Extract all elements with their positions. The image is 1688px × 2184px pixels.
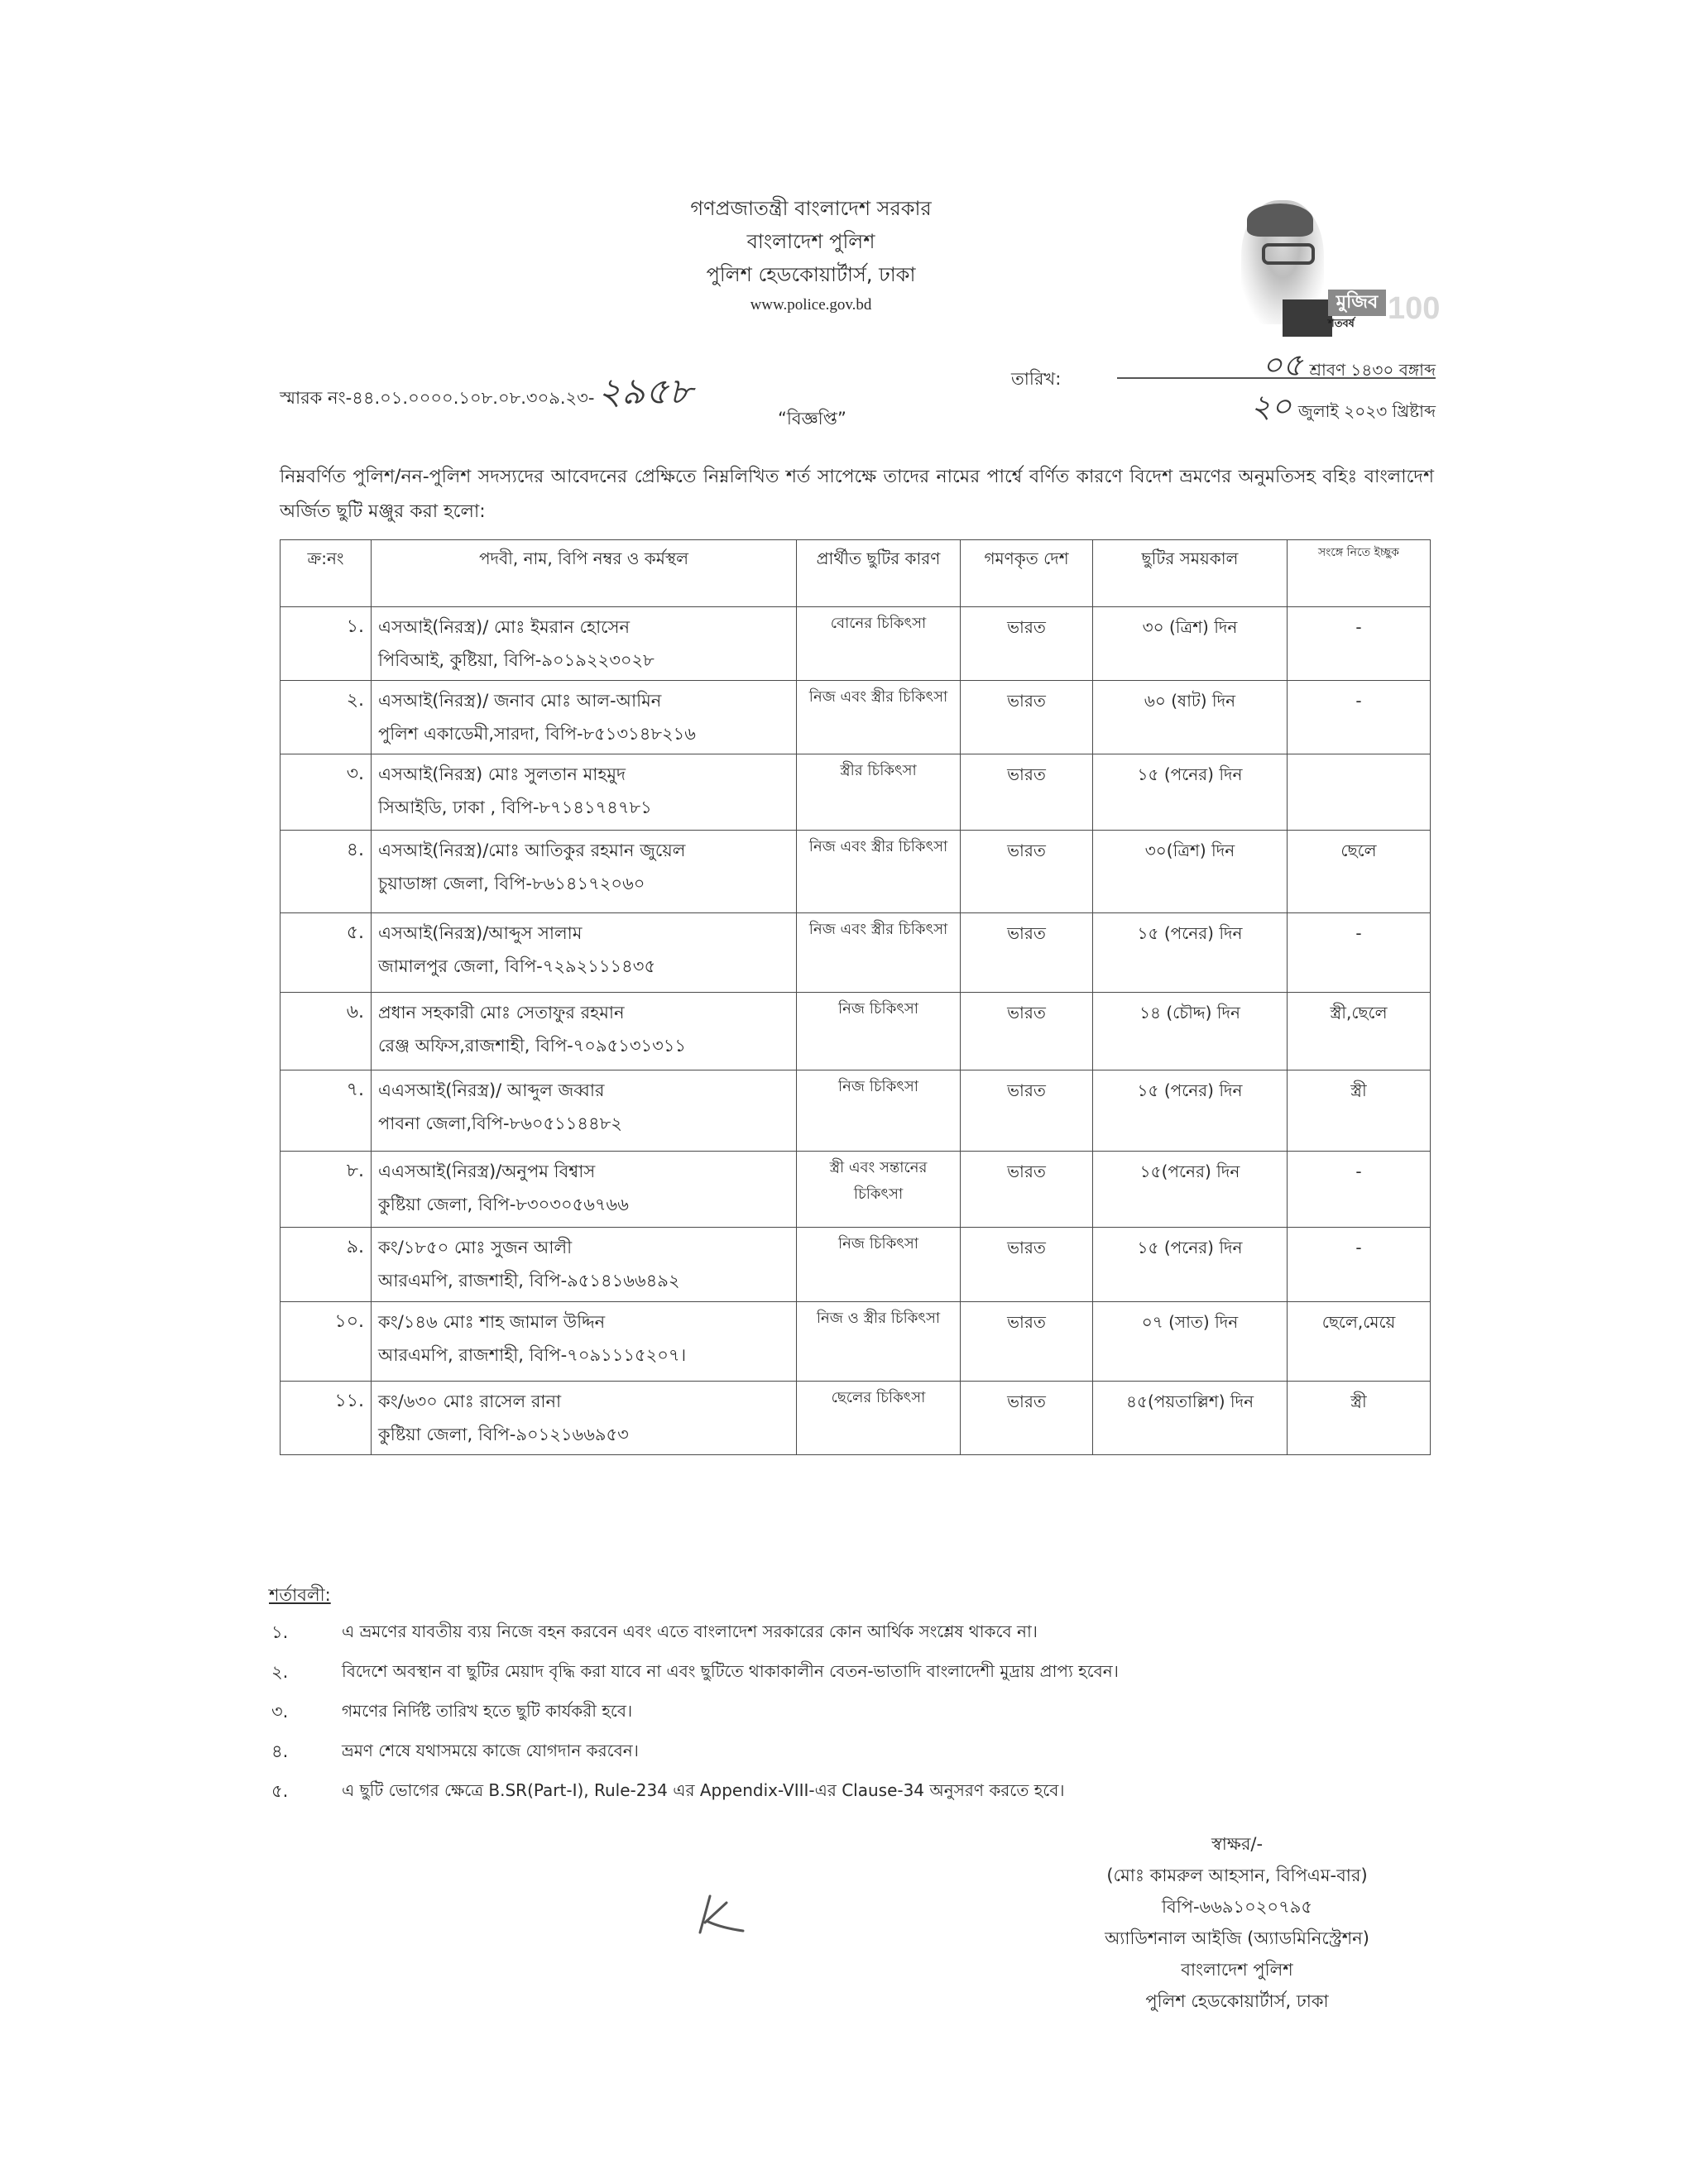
cell-name: এএসআই(নিরস্ত্র)/অনুপম বিশ্বাসকুষ্টিয়া জ… <box>372 1152 797 1228</box>
signed-mark: স্বাক্ষর/- <box>1022 1828 1452 1860</box>
table-row: ৫.এসআই(নিরস্ত্র)/আব্দুস সালামজামালপুর জে… <box>281 913 1431 993</box>
conditions-list: ১.এ ভ্রমণের যাবতীয় ব্যয় নিজে বহন করবেন… <box>271 1613 1446 1812</box>
cell-country: ভারত <box>961 1302 1093 1382</box>
handwritten-initial-mark <box>695 1894 745 1936</box>
cell-serial: ৮. <box>281 1152 372 1228</box>
glasses-icon <box>1262 243 1315 265</box>
signatory-org: বাংলাদেশ পুলিশ <box>1022 1954 1452 1985</box>
name-line: এসআই(নিরস্ত্র)/আব্দুস সালাম <box>378 917 789 950</box>
condition-number: ৩. <box>271 1698 342 1727</box>
condition-number: ২. <box>271 1659 342 1688</box>
condition-text: বিদেশে অবস্থান বা ছুটির মেয়াদ বৃদ্ধি কর… <box>342 1660 1446 1687</box>
condition-text: ভ্রমণ শেষে যথাসময়ে কাজে যোগদান করবেন। <box>342 1739 1446 1766</box>
cell-name: এসআই(নিরস্ত্র)/মোঃ আতিকুর রহমান জুয়েলচু… <box>372 831 797 913</box>
condition-text: গমণের নির্দিষ্ট তারিখ হতে ছুটি কার্যকরী … <box>342 1699 1446 1727</box>
cell-serial: ২. <box>281 681 372 754</box>
signatory-designation: অ্যাডিশনাল আইজি (অ্যাডমিনিস্ট্রেশন) <box>1022 1923 1452 1954</box>
logo-brand-text: মুজিব <box>1328 290 1386 316</box>
cell-country: ভারত <box>961 1382 1093 1455</box>
name-line: কং/৬৩০ মোঃ রাসেল রানা <box>378 1385 789 1418</box>
condition-number: ৫. <box>271 1778 342 1807</box>
cell-companion: - <box>1288 1152 1431 1228</box>
table-header-row: ক্র:নং পদবী, নাম, বিপি নম্বর ও কর্মস্থল … <box>281 540 1431 607</box>
cell-reason: নিজ চিকিৎসা <box>797 1070 961 1152</box>
name-line: কং/১৮৫০ মোঃ সুজন আলী <box>378 1231 789 1264</box>
office-name: পুলিশ হেডকোয়ার্টার্স, ঢাকা <box>579 258 1043 291</box>
workplace-line: জামালপুর জেলা, বিপি-৭২৯২১১১৪৩৫ <box>378 950 789 983</box>
cell-name: এসআই(নিরস্ত্র)/ জনাব মোঃ আল-আমিনপুলিশ এক… <box>372 681 797 754</box>
name-line: প্রধান সহকারী মোঃ সেতাফুর রহমান <box>378 996 789 1029</box>
condition-item: ৫.এ ছুটি ভোগের ক্ষেত্রে B.SR(Part-I), Ru… <box>271 1772 1446 1812</box>
cell-duration: ০৭ (সাত) দিন <box>1093 1302 1288 1382</box>
cell-reason: নিজ এবং স্ত্রীর চিকিৎসা <box>797 681 961 754</box>
signature-block: স্বাক্ষর/- (মোঃ কামরুল আহসান, বিপিএম-বার… <box>1022 1828 1452 2017</box>
leave-table: ক্র:নং পদবী, নাম, বিপি নম্বর ও কর্মস্থল … <box>280 539 1431 1455</box>
cell-companion: স্ত্রী <box>1288 1070 1431 1152</box>
cell-duration: ১৫ (পনের) দিন <box>1093 1228 1288 1302</box>
memo-label: স্মারক নং-৪৪.০১.০০০০.১০৮.০৮.৩০৯.২৩- <box>280 388 594 408</box>
cell-serial: ১১. <box>281 1382 372 1455</box>
condition-number: ৪. <box>271 1738 342 1767</box>
cell-serial: ৯. <box>281 1228 372 1302</box>
cell-serial: ৩. <box>281 754 372 831</box>
department-name: বাংলাদেশ পুলিশ <box>579 225 1043 258</box>
header-companion: সংঙ্গে নিতে ইচ্ছুক <box>1288 540 1431 607</box>
letterhead: গণপ্রজাতন্ত্রী বাংলাদেশ সরকার বাংলাদেশ প… <box>579 192 1043 319</box>
cell-reason: নিজ এবং স্ত্রীর চিকিৎসা <box>797 913 961 993</box>
website-link[interactable]: www.police.gov.bd <box>579 291 1043 319</box>
name-line: এসআই(নিরস্ত্র) মোঃ সুলতান মাহমুদ <box>378 758 789 791</box>
english-date-day: ২০ <box>1250 382 1291 435</box>
cell-country: ভারত <box>961 1070 1093 1152</box>
cell-name: কং/১৪৬ মোঃ শাহ জামাল উদ্দিনআরএমপি, রাজশা… <box>372 1302 797 1382</box>
cell-serial: ৪. <box>281 831 372 913</box>
cell-companion: - <box>1288 913 1431 993</box>
signatory-office: পুলিশ হেডকোয়ার্টার্স, ঢাকা <box>1022 1985 1452 2017</box>
cell-country: ভারত <box>961 754 1093 831</box>
logo-subtext: শতবর্ষ <box>1328 316 1355 333</box>
cell-name: এসআই(নিরস্ত্র) মোঃ সুলতান মাহমুদসিআইডি, … <box>372 754 797 831</box>
cell-serial: ১০. <box>281 1302 372 1382</box>
cell-country: ভারত <box>961 607 1093 681</box>
table-row: ২.এসআই(নিরস্ত্র)/ জনাব মোঃ আল-আমিনপুলিশ … <box>281 681 1431 754</box>
mujib-centenary-logo: মুজিব শতবর্ষ 100 <box>1204 192 1444 333</box>
table-row: ১০.কং/১৪৬ মোঃ শাহ জামাল উদ্দিনআরএমপি, রা… <box>281 1302 1431 1382</box>
signatory-bp: বিপি-৬৬৯১০২০৭৯৫ <box>1022 1891 1452 1923</box>
cell-duration: ৪৫(পয়তাল্লিশ) দিন <box>1093 1382 1288 1455</box>
cell-companion: ছেলে,মেয়ে <box>1288 1302 1431 1382</box>
workplace-line: আরএমপি, রাজশাহী, বিপি-৭০৯১১১৫২০৭। <box>378 1339 789 1372</box>
condition-number: ১. <box>271 1619 342 1648</box>
workplace-line: রেঞ্জ অফিস,রাজশাহী, বিপি-৭০৯৫১৩১৩১১ <box>378 1029 789 1062</box>
table-row: ৭.এএসআই(নিরস্ত্র)/ আব্দুল জব্বারপাবনা জে… <box>281 1070 1431 1152</box>
cell-reason: নিজ চিকিৎসা <box>797 993 961 1070</box>
workplace-line: কুষ্টিয়া জেলা, বিপি-৮৩০৩০৫৬৭৬৬ <box>378 1188 789 1221</box>
cell-duration: ৩০ (ত্রিশ) দিন <box>1093 607 1288 681</box>
table-row: ৪.এসআই(নিরস্ত্র)/মোঃ আতিকুর রহমান জুয়েল… <box>281 831 1431 913</box>
table-row: ৬.প্রধান সহকারী মোঃ সেতাফুর রহমানরেঞ্জ অ… <box>281 993 1431 1070</box>
cell-duration: ৬০ (ষাট) দিন <box>1093 681 1288 754</box>
table-row: ৯.কং/১৮৫০ মোঃ সুজন আলীআরএমপি, রাজশাহী, ব… <box>281 1228 1431 1302</box>
name-line: এএসআই(নিরস্ত্র)/অনুপম বিশ্বাস <box>378 1155 789 1188</box>
workplace-line: পুলিশ একাডেমী,সারদা, বিপি-৮৫১৩১৪৮২১৬ <box>378 717 789 750</box>
header-reason: প্রার্থীত ছুটির কারণ <box>797 540 961 607</box>
cell-name: প্রধান সহকারী মোঃ সেতাফুর রহমানরেঞ্জ অফি… <box>372 993 797 1070</box>
cell-country: ভারত <box>961 681 1093 754</box>
cell-reason: নিজ ও স্ত্রীর চিকিৎসা <box>797 1302 961 1382</box>
english-date-rest: জুলাই ২০২৩ খ্রিষ্টাব্দ <box>1298 400 1436 427</box>
cell-duration: ১৪ (চৌদ্দ) দিন <box>1093 993 1288 1070</box>
table-row: ৮.এএসআই(নিরস্ত্র)/অনুপম বিশ্বাসকুষ্টিয়া… <box>281 1152 1431 1228</box>
memo-handwritten-number: ২৯৫৮ <box>597 371 692 413</box>
header-name: পদবী, নাম, বিপি নম্বর ও কর্মস্থল <box>372 540 797 607</box>
header-country: গমণকৃত দেশ <box>961 540 1093 607</box>
cell-reason: বোনের চিকিৎসা <box>797 607 961 681</box>
logo-number: 100 <box>1388 291 1440 327</box>
name-line: এসআই(নিরস্ত্র)/ মোঃ ইমরান হোসেন <box>378 611 789 644</box>
government-name: গণপ্রজাতন্ত্রী বাংলাদেশ সরকার <box>579 192 1043 225</box>
cell-duration: ১৫ (পনের) দিন <box>1093 754 1288 831</box>
condition-item: ২.বিদেশে অবস্থান বা ছুটির মেয়াদ বৃদ্ধি … <box>271 1653 1446 1693</box>
condition-item: ৪.ভ্রমণ শেষে যথাসময়ে কাজে যোগদান করবেন। <box>271 1732 1446 1772</box>
condition-text: এ ছুটি ভোগের ক্ষেত্রে B.SR(Part-I), Rule… <box>342 1779 1446 1806</box>
cell-duration: ১৫(পনের) দিন <box>1093 1152 1288 1228</box>
cell-reason: নিজ চিকিৎসা <box>797 1228 961 1302</box>
cell-country: ভারত <box>961 913 1093 993</box>
bangla-date-rest: শ্রাবণ ১৪৩০ বঙ্গাব্দ <box>1310 358 1436 386</box>
cell-companion: স্ত্রী,ছেলে <box>1288 993 1431 1070</box>
condition-item: ৩.গমণের নির্দিষ্ট তারিখ হতে ছুটি কার্যকর… <box>271 1693 1446 1732</box>
date-block: ০৫ শ্রাবণ ১৪৩০ বঙ্গাব্দ ২০ জুলাই ২০২৩ খ্… <box>1117 341 1436 417</box>
cell-duration: ৩০(ত্রিশ) দিন <box>1093 831 1288 913</box>
conditions-title: শর্তাবলী: <box>269 1582 331 1611</box>
workplace-line: চুয়াডাঙ্গা জেলা, বিপি-৮৬১৪১৭২০৬০ <box>378 867 789 900</box>
cell-companion: - <box>1288 681 1431 754</box>
cell-serial: ১. <box>281 607 372 681</box>
cell-name: এসআই(নিরস্ত্র)/ মোঃ ইমরান হোসেনপিবিআই, ক… <box>372 607 797 681</box>
cell-country: ভারত <box>961 1152 1093 1228</box>
cell-serial: ৬. <box>281 993 372 1070</box>
cell-name: কং/৬৩০ মোঃ রাসেল রানাকুষ্টিয়া জেলা, বিপ… <box>372 1382 797 1455</box>
cell-reason: ছেলের চিকিৎসা <box>797 1382 961 1455</box>
cell-name: এএসআই(নিরস্ত্র)/ আব্দুল জব্বারপাবনা জেলা… <box>372 1070 797 1152</box>
cell-companion: ছেলে <box>1288 831 1431 913</box>
cell-reason: স্ত্রী এবং সন্তানের চিকিৎসা <box>797 1152 961 1228</box>
workplace-line: পিবিআই, কুষ্টিয়া, বিপি-৯০১৯২২৩০২৮ <box>378 644 789 677</box>
table-row: ১১.কং/৬৩০ মোঃ রাসেল রানাকুষ্টিয়া জেলা, … <box>281 1382 1431 1455</box>
cell-name: এসআই(নিরস্ত্র)/আব্দুস সালামজামালপুর জেলা… <box>372 913 797 993</box>
workplace-line: কুষ্টিয়া জেলা, বিপি-৯০১২১৬৬৯৫৩ <box>378 1418 789 1451</box>
signatory-name: (মোঃ কামরুল আহসান, বিপিএম-বার) <box>1022 1860 1452 1891</box>
name-line: এএসআই(নিরস্ত্র)/ আব্দুল জব্বার <box>378 1074 789 1107</box>
cell-companion: - <box>1288 607 1431 681</box>
condition-item: ১.এ ভ্রমণের যাবতীয় ব্যয় নিজে বহন করবেন… <box>271 1613 1446 1653</box>
memo-number: স্মারক নং-৪৪.০১.০০০০.১০৮.০৮.৩০৯.২৩-২৯৫৮ <box>280 364 693 424</box>
table-row: ১.এসআই(নিরস্ত্র)/ মোঃ ইমরান হোসেনপিবিআই,… <box>281 607 1431 681</box>
cell-duration: ১৫ (পনের) দিন <box>1093 913 1288 993</box>
workplace-line: আরএমপি, রাজশাহী, বিপি-৯৫১৪১৬৬৪৯২ <box>378 1264 789 1297</box>
cell-country: ভারত <box>961 993 1093 1070</box>
cell-serial: ৫. <box>281 913 372 993</box>
workplace-line: পাবনা জেলা,বিপি-৮৬০৫১১৪৪৮২ <box>378 1107 789 1140</box>
cell-companion: স্ত্রী <box>1288 1382 1431 1455</box>
workplace-line: সিআইডি, ঢাকা , বিপি-৮৭১৪১৭৪৭৮১ <box>378 791 789 824</box>
cell-reason: স্ত্রীর চিকিৎসা <box>797 754 961 831</box>
cell-country: ভারত <box>961 1228 1093 1302</box>
cell-country: ভারত <box>961 831 1093 913</box>
table-row: ৩.এসআই(নিরস্ত্র) মোঃ সুলতান মাহমুদসিআইডি… <box>281 754 1431 831</box>
name-line: কং/১৪৬ মোঃ শাহ জামাল উদ্দিন <box>378 1305 789 1339</box>
cell-companion: - <box>1288 1228 1431 1302</box>
notice-title: “বিজ্ঞপ্তি” <box>778 405 846 434</box>
name-line: এসআই(নিরস্ত্র)/মোঃ আতিকুর রহমান জুয়েল <box>378 834 789 867</box>
intro-paragraph: নিম্নবর্ণিত পুলিশ/নন-পুলিশ সদস্যদের আবেদ… <box>280 460 1434 529</box>
condition-text: এ ভ্রমণের যাবতীয় ব্যয় নিজে বহন করবেন এ… <box>342 1620 1446 1647</box>
name-line: এসআই(নিরস্ত্র)/ জনাব মোঃ আল-আমিন <box>378 684 789 717</box>
cell-companion <box>1288 754 1431 831</box>
date-label: তারিখ: <box>1011 366 1061 395</box>
cell-name: কং/১৮৫০ মোঃ সুজন আলীআরএমপি, রাজশাহী, বিপ… <box>372 1228 797 1302</box>
cell-duration: ১৫ (পনের) দিন <box>1093 1070 1288 1152</box>
header-serial: ক্র:নং <box>281 540 372 607</box>
cell-serial: ৭. <box>281 1070 372 1152</box>
cell-reason: নিজ এবং স্ত্রীর চিকিৎসা <box>797 831 961 913</box>
header-duration: ছুটির সময়কাল <box>1093 540 1288 607</box>
